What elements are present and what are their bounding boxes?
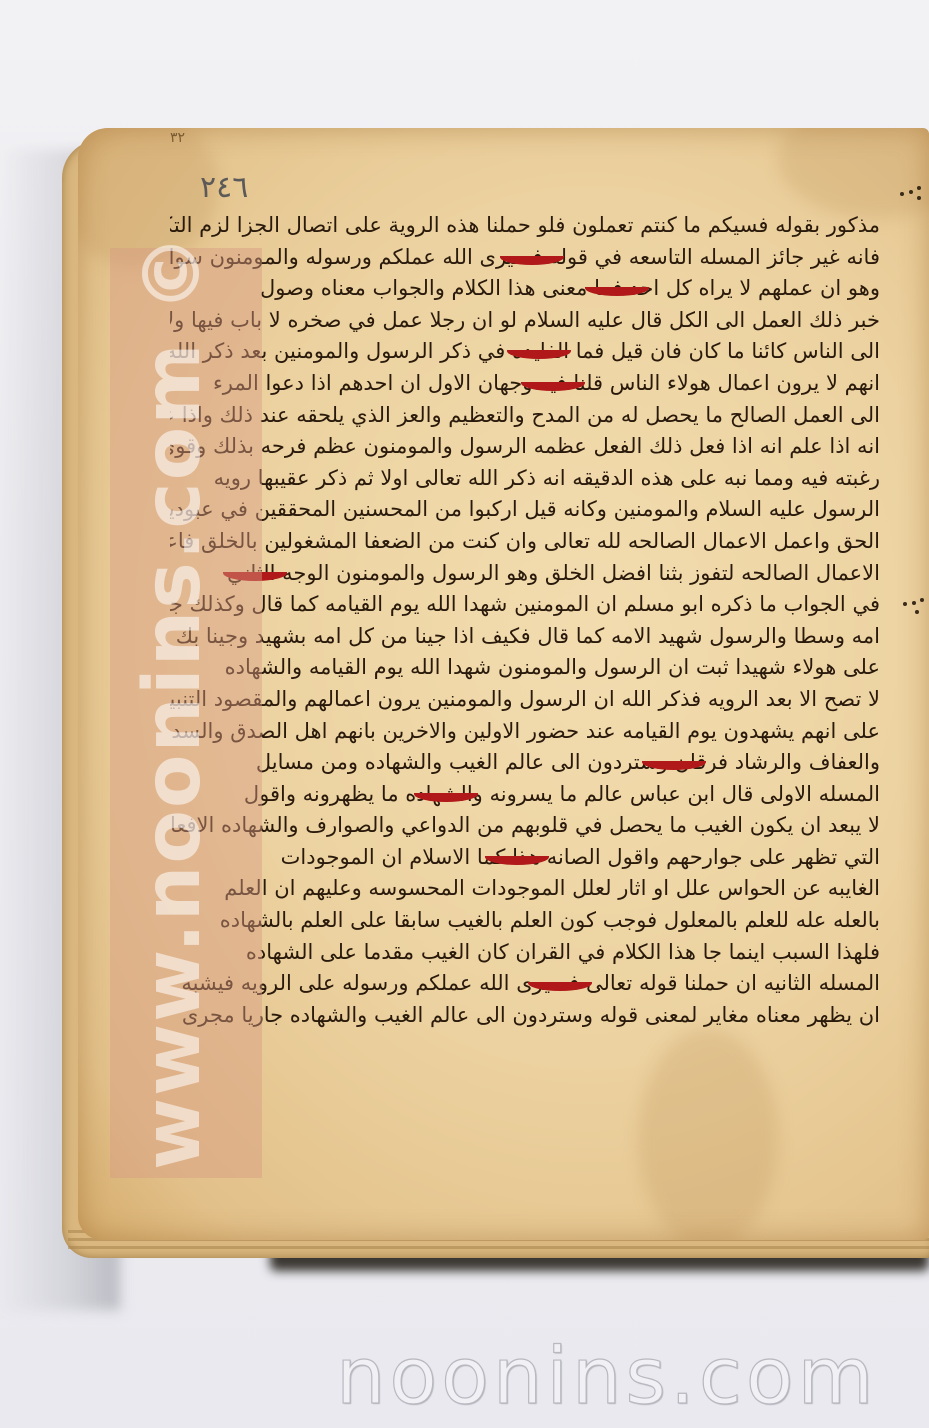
manuscript-line: رغبته فيه ومما نبه على هذه الدقيقه انه ذ… — [170, 463, 880, 495]
manuscript-line-text: الاعمال الصالحه لتفوز بثنا افضل الخلق وه… — [227, 561, 880, 585]
manuscript-line: بالعله عله للعلم بالمعلول فوجب كون العلم… — [170, 905, 880, 937]
manuscript-line-text: الرسول عليه السلام والمومنين وكانه قيل ا… — [170, 497, 880, 521]
manuscript-line-text: في الجواب ما ذكره ابو مسلم ان المومنين ش… — [170, 592, 880, 616]
margin-dots — [903, 596, 927, 616]
manuscript-line-text: والعفاف والرشاد فرقان وستردون الى عالم ا… — [256, 750, 880, 774]
paper-stain — [778, 128, 929, 218]
manuscript-line: ان يظهر معناه مغاير لمعنى قوله وستردون ا… — [170, 1000, 880, 1032]
manuscript-line-text: الغايبه عن الحواس علل او اثار لعلل الموج… — [224, 876, 880, 900]
corner-annotation: ٣٢ — [170, 130, 185, 146]
manuscript-line: المسله الاولى قال ابن عباس عالم ما يسرون… — [170, 779, 880, 811]
manuscript-line: فلهذا السبب اينما جا هذا الكلام في القرا… — [170, 937, 880, 969]
manuscript-line: امه وسطا والرسول شهيد الامه كما قال فكيف… — [170, 621, 880, 653]
manuscript-line: مذكور بقوله فسيكم ما كنتم تعملون فلو حمل… — [170, 210, 880, 242]
manuscript-line-text: ان يظهر معناه مغاير لمعنى قوله وستردون ا… — [182, 1003, 880, 1027]
manuscript-line-text: الى العمل الصالح ما يحصل له من المدح وال… — [170, 403, 880, 427]
paper-stain — [638, 1028, 778, 1240]
manuscript-line-text: على هولاء شهيدا ثبت ان الرسول والمومنون … — [225, 655, 880, 679]
manuscript-line-text: مذكور بقوله فسيكم ما كنتم تعملون فلو حمل… — [170, 213, 880, 237]
manuscript-line: والعفاف والرشاد فرقان وستردون الى عالم ا… — [170, 747, 880, 779]
manuscript-line: الحق واعمل الاعمال الصالحه لله تعالى وان… — [170, 526, 880, 558]
manuscript-line-text: المسله الاولى قال ابن عباس عالم ما يسرون… — [244, 782, 880, 806]
manuscript-line: المسله الثانيه ان حملنا قوله تعالى فسيرى… — [170, 968, 880, 1000]
manuscript-line: على هولاء شهيدا ثبت ان الرسول والمومنون … — [170, 652, 880, 684]
manuscript-line: في الجواب ما ذكره ابو مسلم ان المومنين ش… — [170, 589, 880, 621]
manuscript-line: فانه غير جائز المسله التاسعه في قوله فسي… — [170, 242, 880, 274]
manuscript-line-text: فلهذا السبب اينما جا هذا الكلام في القرا… — [246, 940, 880, 964]
manuscript-line-text: انه اذا علم انه اذا فعل ذلك الفعل عظمه ا… — [170, 434, 880, 458]
manuscript-line: لا تصح الا بعد الرويه فذكر الله ان الرسو… — [170, 684, 880, 716]
manuscript-line: وهو ان عملهم لا يراه كل احد فما معنى هذا… — [170, 273, 880, 305]
watermark-vertical: www.noonins.com © — [128, 232, 218, 1170]
manuscript-line-text: لا يبعد ان يكون الغيب ما يحصل في قلوبهم … — [170, 813, 880, 837]
manuscript-line-text: على انهم يشهدون يوم القيامه عند حضور الا… — [170, 719, 880, 743]
manuscript-line: لا يبعد ان يكون الغيب ما يحصل في قلوبهم … — [170, 810, 880, 842]
manuscript-line: التي تظهر على جوارحهم واقول الصانه هذا ك… — [170, 842, 880, 874]
margin-dots — [900, 184, 924, 204]
manuscript-line-text: التي تظهر على جوارحهم واقول الصانه هذا ك… — [281, 845, 880, 869]
manuscript-line-text: رغبته فيه ومما نبه على هذه الدقيقه انه ذ… — [214, 466, 880, 490]
manuscript-line: انهم لا يرون اعمال هولاء الناس قلنا فيه … — [170, 368, 880, 400]
manuscript-line: انه اذا علم انه اذا فعل ذلك الفعل عظمه ا… — [170, 431, 880, 463]
manuscript-line-text: الحق واعمل الاعمال الصالحه لله تعالى وان… — [170, 529, 880, 553]
manuscript-line-text: لا تصح الا بعد الرويه فذكر الله ان الرسو… — [170, 687, 880, 711]
manuscript-line: الاعمال الصالحه لتفوز بثنا افضل الخلق وه… — [170, 558, 880, 590]
manuscript-line: الغايبه عن الحواس علل او اثار لعلل الموج… — [170, 873, 880, 905]
manuscript-line: خبر ذلك العمل الى الكل قال عليه السلام ل… — [170, 305, 880, 337]
page-number: ٢٤٦ — [200, 170, 248, 205]
page-edge-line — [68, 1246, 929, 1249]
manuscript-line-text: بالعله عله للعلم بالمعلول فوجب كون العلم… — [220, 908, 880, 932]
manuscript-line: على انهم يشهدون يوم القيامه عند حضور الا… — [170, 716, 880, 748]
watermark-bottom: noonins.com — [336, 1332, 877, 1422]
manuscript-line: الى الناس كائنا ما كان فان قيل فما الفاي… — [170, 336, 880, 368]
manuscript-line: الى العمل الصالح ما يحصل له من المدح وال… — [170, 400, 880, 432]
manuscript-text: مذكور بقوله فسيكم ما كنتم تعملون فلو حمل… — [170, 210, 880, 1031]
manuscript-line-text: خبر ذلك العمل الى الكل قال عليه السلام ل… — [170, 308, 880, 332]
manuscript-line: الرسول عليه السلام والمومنين وكانه قيل ا… — [170, 494, 880, 526]
manuscript-line-text: وهو ان عملهم لا يراه كل احد فما معنى هذا… — [260, 276, 880, 300]
manuscript-line-text: امه وسطا والرسول شهيد الامه كما قال فكيف… — [176, 624, 880, 648]
